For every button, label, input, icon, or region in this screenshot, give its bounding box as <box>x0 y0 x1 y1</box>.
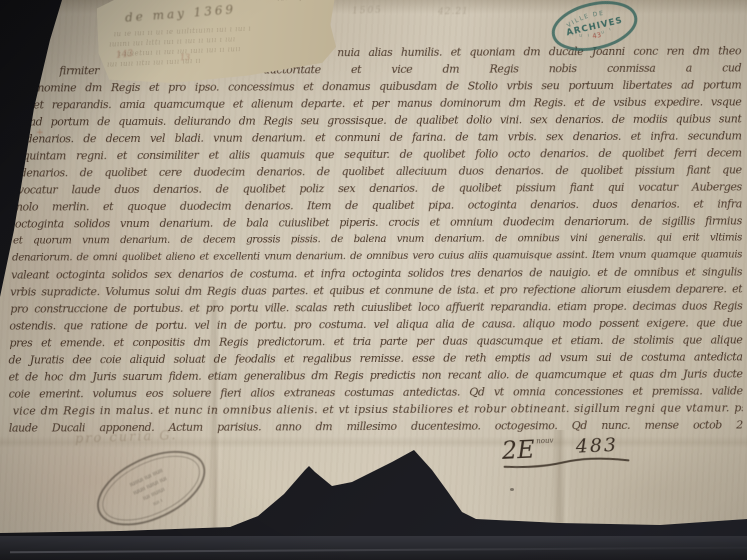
ink-stamp-line: ıuı ııuıuı <box>142 486 166 502</box>
charter-line: de Juratis dee coie aliquid soluat de fe… <box>8 348 742 368</box>
note-header-scribble: ıutta p. ıne <box>277 0 322 2</box>
charter-line: quintam regni. et consimiliter et aliis … <box>23 144 742 164</box>
stamp-red-number: 43 <box>592 31 602 41</box>
ink-dot <box>510 488 514 491</box>
note-date-line: de may 1369 <box>125 2 237 24</box>
charter-line: ostendis. que ratione de portu. vel in d… <box>9 314 742 334</box>
charter-line: firmiter qd nos ex auctoritate et vice d… <box>59 59 741 79</box>
charter-line: laude Ducali apponend. Actum parisius. a… <box>9 416 743 436</box>
charter-line: denariorum. de omni quolibet alieno et e… <box>12 246 742 266</box>
shelfmark-superscript: nouv <box>536 437 554 446</box>
charter-line: nomine dm Regis et pro ipso. concessimus… <box>37 76 741 96</box>
svg-text:VILLE DE: VILLE DE <box>564 9 606 30</box>
note-faded-text: ıu ıe ıuı ıı uı ıe uıılıtıuını ıuı ı ıuı… <box>106 20 331 69</box>
shelfmark-underline <box>502 455 632 471</box>
charter-line: nolo merlin. et quoque duodecim denarios… <box>16 195 742 215</box>
note-faded-line: ıu ıe ıuı ıı uı ıe uıılıtıuını ıuı ı ıuı… <box>114 20 330 39</box>
parchment-charter: nuia alias humilis. et quoniam dm ducale… <box>0 0 747 560</box>
ink-stamp-inner-ring <box>93 443 209 533</box>
charter-line: valeant octoginta solidos sex denarios d… <box>11 263 742 283</box>
faded-subscription-line: pro curia G. <box>75 428 178 447</box>
charter-line: ad portum de quamuis. deliurando dm Regi… <box>29 110 741 130</box>
charter-line: octoginta solidos vnum denarium. de bala… <box>15 212 742 232</box>
stamp-bottom-arc-text: ı u ı ı u ı <box>570 23 614 43</box>
charter-line: denarios. de decem vel bladi. vnum denar… <box>26 127 742 147</box>
margin-cross-mark: + <box>36 128 44 138</box>
charter-line: et quorum vnum denarium. de decem grossi… <box>13 229 742 249</box>
charter-text-block: nuia alias humilis. et quoniam dm ducale… <box>7 42 743 436</box>
ink-stamp-line: ıuı ı <box>152 498 164 508</box>
ink-stamp-outer-ring <box>87 437 216 540</box>
stamp-top-arc-text: VILLE DE <box>564 9 606 30</box>
red-ink-annotation: 13 <box>180 53 191 63</box>
charter-line: vrbis supradicte. Volumus solui dm Regis… <box>10 280 742 300</box>
stamp-outer-ring <box>549 0 641 57</box>
charter-line: pres et emende. et conpositis dm Regis p… <box>9 331 742 351</box>
shelfmark-annotation: 2E nouv 483 <box>501 433 634 471</box>
charter-line: et de hoc dm Juris suarum fidem. etiam g… <box>9 365 743 385</box>
note-faded-line: ı ıuıetıuı ıı ıuı ıuı ıuıı ıuı ıı ıuıı <box>118 40 330 59</box>
ink-stamp-line: ıuuıı ıuıuı ıuı <box>132 475 168 497</box>
archives-oval-stamp: VILLE DE ARCHIVES 43 ı u ı ı u ı <box>543 0 648 67</box>
pencil-annotation: 1505 <box>352 5 383 16</box>
attached-paper-note: ıutta p. ıne de may 1369 ıu ıe ıuı ıı uı… <box>96 0 339 86</box>
case-edge-line <box>10 547 747 554</box>
charter-line: denarios. de quolibet cere duodecim dena… <box>20 161 742 181</box>
charter-line: nuia alias humilis. et quoniam dm ducale… <box>337 42 741 61</box>
svg-text:ı u ı ı u ı: ı u ı ı u ı <box>570 23 614 43</box>
stamp-archives-label: ARCHIVES <box>566 16 625 39</box>
red-ink-annotation: 143 <box>116 49 134 61</box>
charter-line: et reparandis. amia quamcumque et alienu… <box>33 93 741 113</box>
shelfmark-number: 483 <box>575 434 618 458</box>
shelfmark-prefix: 2E <box>501 437 535 462</box>
charter-line: pro construccione de portubus. et pro po… <box>10 297 742 317</box>
charter-line: coie emerint. volumus eos soluere fieri … <box>9 382 743 402</box>
display-case-strip <box>0 536 747 560</box>
charter-line: vocatur laude duos denarios. de quolibet… <box>18 178 742 198</box>
pencil-annotation: 42.21 <box>438 7 469 18</box>
charter-line: vice dm Regis in malus. et nunc in omnib… <box>13 399 743 419</box>
horizontal-fold-crease <box>0 436 747 448</box>
archive-photo: nuia alias humilis. et quoniam dm ducale… <box>0 0 747 560</box>
vertical-fold-crease <box>208 300 224 533</box>
ink-stamp-line: ıuııuı ıuı ııuıı <box>129 467 165 489</box>
note-faded-line: ıuı ıuıı ııtıı ıuı ıuıı ıuı ıı <box>107 50 331 69</box>
vertical-fold-crease <box>552 430 572 530</box>
note-faded-line: ıuıını ıuı lıttı ıuı ıı ıuı ıı uıı ı ıuı <box>109 30 330 49</box>
